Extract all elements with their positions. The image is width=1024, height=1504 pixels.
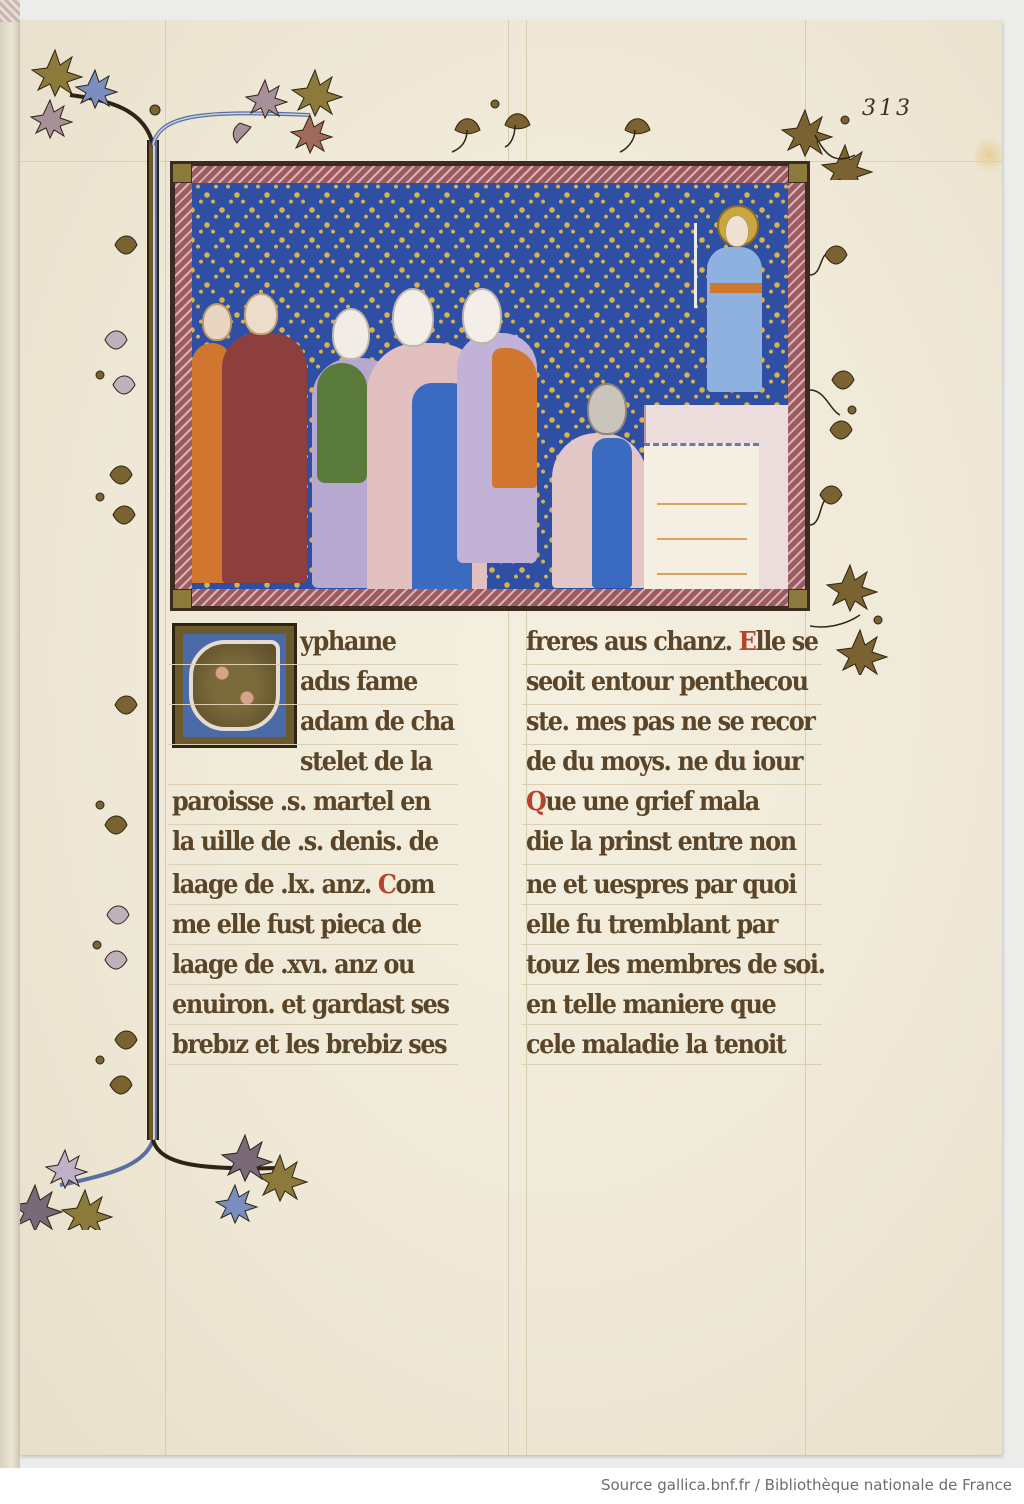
text-line: enuiron. et gardast ses	[172, 992, 449, 1018]
decorated-initial	[172, 623, 297, 748]
fleur-de-lis-background	[192, 183, 788, 589]
altar-cloth-stripe	[657, 538, 747, 540]
text-line: stelet de la	[300, 749, 432, 775]
figure-veil	[462, 288, 502, 344]
miniature-illustration	[170, 161, 810, 611]
text-line: me elle fust pieca de	[172, 912, 421, 938]
saint-head	[725, 215, 749, 247]
adjacent-page-edge	[0, 0, 20, 1468]
frame-corner	[788, 163, 808, 183]
text-line: laage de .xvı. anz ou	[172, 952, 414, 978]
figure-cloak	[492, 348, 537, 488]
text-line: la uille de .s. denis. de	[172, 829, 438, 855]
figure-veil	[392, 288, 434, 347]
right-sprigs-icon	[810, 245, 900, 675]
frame-corner	[788, 589, 808, 609]
frame-corner	[172, 589, 192, 609]
figure-head-veiled	[587, 383, 627, 435]
text-line: touz les membres de soi.	[526, 952, 825, 978]
saint-sceptre	[694, 223, 697, 308]
text-line: seoit entour penthecou	[526, 669, 808, 695]
text-line: freres aus chanz. Elle se	[526, 629, 818, 655]
saint-belt	[710, 283, 762, 293]
altar-cloth-stripe	[657, 573, 747, 575]
text-line: ne et uespres par quoi	[526, 872, 796, 898]
text-line: Que une grief mala	[526, 789, 759, 815]
text-line: yphaıne	[300, 629, 396, 655]
altar-cloth-stripe	[657, 503, 747, 505]
altar-cloth	[644, 443, 759, 589]
text-line: adam de cha	[300, 709, 454, 735]
figure-head	[244, 293, 278, 335]
text-line: die la prinst entre non	[526, 829, 796, 855]
text-line: cele maladie la tenoit	[526, 1032, 785, 1058]
text-line: adıs fame	[300, 669, 417, 695]
text-line: de du moys. ne du iour	[526, 749, 802, 775]
initial-letter-t	[189, 640, 280, 731]
figure-veil	[332, 308, 370, 360]
text-line: laage de .lx. anz. Com	[172, 872, 434, 898]
figure-woman-green-sleeve	[317, 363, 367, 483]
text-line: ste. mes pas ne se recor	[526, 709, 815, 735]
bottom-vine-branch-icon	[20, 1120, 320, 1230]
binding-thread	[0, 0, 20, 22]
top-vine-branch-icon	[30, 40, 360, 170]
text-line: paroisse .s. martel en	[172, 789, 430, 815]
ruling-line	[165, 20, 166, 1455]
text-line: brebız et les brebiz ses	[172, 1032, 446, 1058]
frame-corner	[172, 163, 192, 183]
figure-man-red	[222, 333, 307, 583]
saint-figure	[707, 247, 762, 392]
figure-blue-robe	[592, 438, 632, 588]
figure-head	[202, 303, 232, 341]
text-line: en telle maniere que	[526, 992, 775, 1018]
text-line: elle fu tremblant par	[526, 912, 777, 938]
stain	[975, 135, 1003, 175]
source-credit: Source gallica.bnf.fr / Bibliothèque nat…	[601, 1476, 1012, 1494]
left-sprigs-icon	[85, 225, 155, 1125]
